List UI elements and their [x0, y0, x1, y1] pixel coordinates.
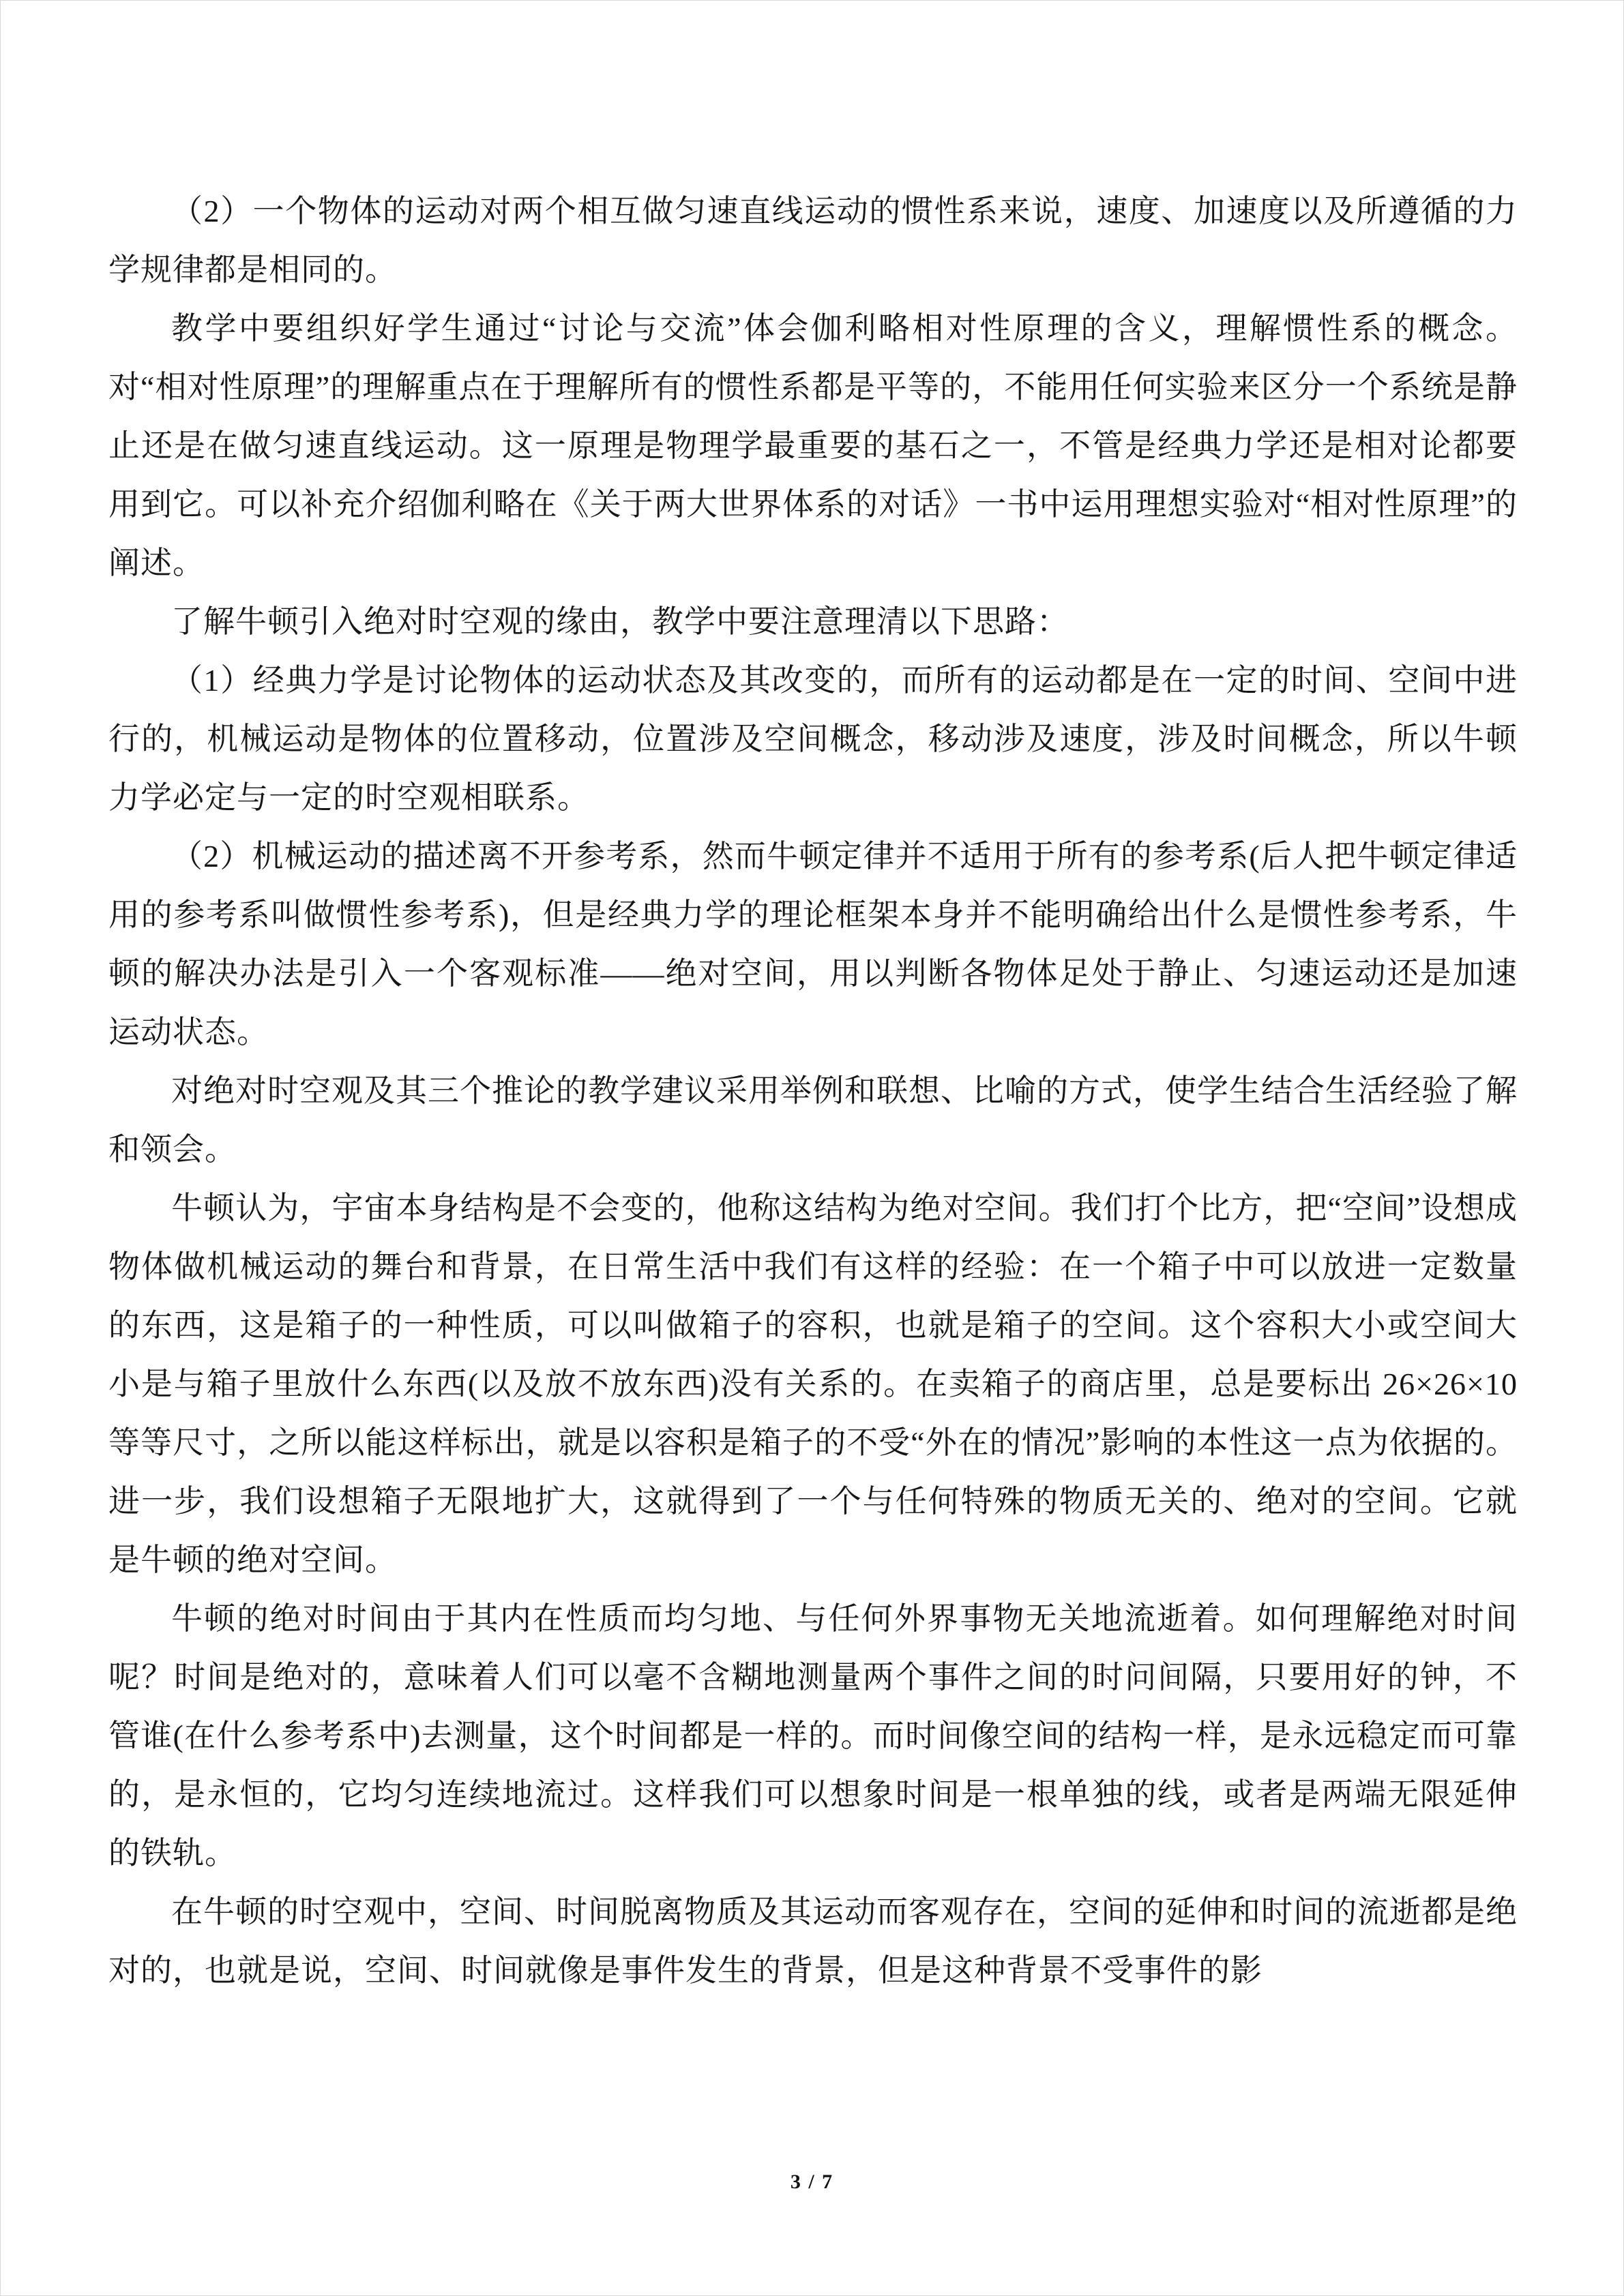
paragraph: （1）经典力学是讨论物体的运动状态及其改变的，而所有的运动都是在一定的时间、空间… — [108, 651, 1518, 827]
document-page: （2）一个物体的运动对两个相互做匀速直线运动的惯性系来说，速度、加速度以及所遵循… — [0, 0, 1624, 2296]
document-body: （2）一个物体的运动对两个相互做匀速直线运动的惯性系来说，速度、加速度以及所遵循… — [108, 182, 1518, 2000]
paragraph: 牛顿的绝对时间由于其内在性质而均匀地、与任何外界事物无关地流逝着。如何理解绝对时… — [108, 1590, 1518, 1883]
paragraph: 教学中要组织好学生通过“讨论与交流”体会伽利略相对性原理的含义，理解惯性系的概念… — [108, 299, 1518, 593]
paragraph: （2）机械运动的描述离不开参考系，然而牛顿定律并不适用于所有的参考系(后人把牛顿… — [108, 827, 1518, 1062]
paragraph: 对绝对时空观及其三个推论的教学建议采用举例和联想、比喻的方式，使学生结合生活经验… — [108, 1062, 1518, 1179]
page-number: 3 / 7 — [791, 2171, 833, 2193]
page-footer: 3 / 7 — [1, 2171, 1623, 2194]
paragraph: 了解牛顿引入绝对时空观的缘由，教学中要注意理清以下思路： — [108, 593, 1518, 651]
paragraph: 在牛顿的时空观中，空间、时间脱离物质及其运动而客观存在，空间的延伸和时间的流逝都… — [108, 1883, 1518, 2000]
paragraph: （2）一个物体的运动对两个相互做匀速直线运动的惯性系来说，速度、加速度以及所遵循… — [108, 182, 1518, 299]
paragraph: 牛顿认为，宇宙本身结构是不会变的，他称这结构为绝对空间。我们打个比方，把“空间”… — [108, 1179, 1518, 1590]
